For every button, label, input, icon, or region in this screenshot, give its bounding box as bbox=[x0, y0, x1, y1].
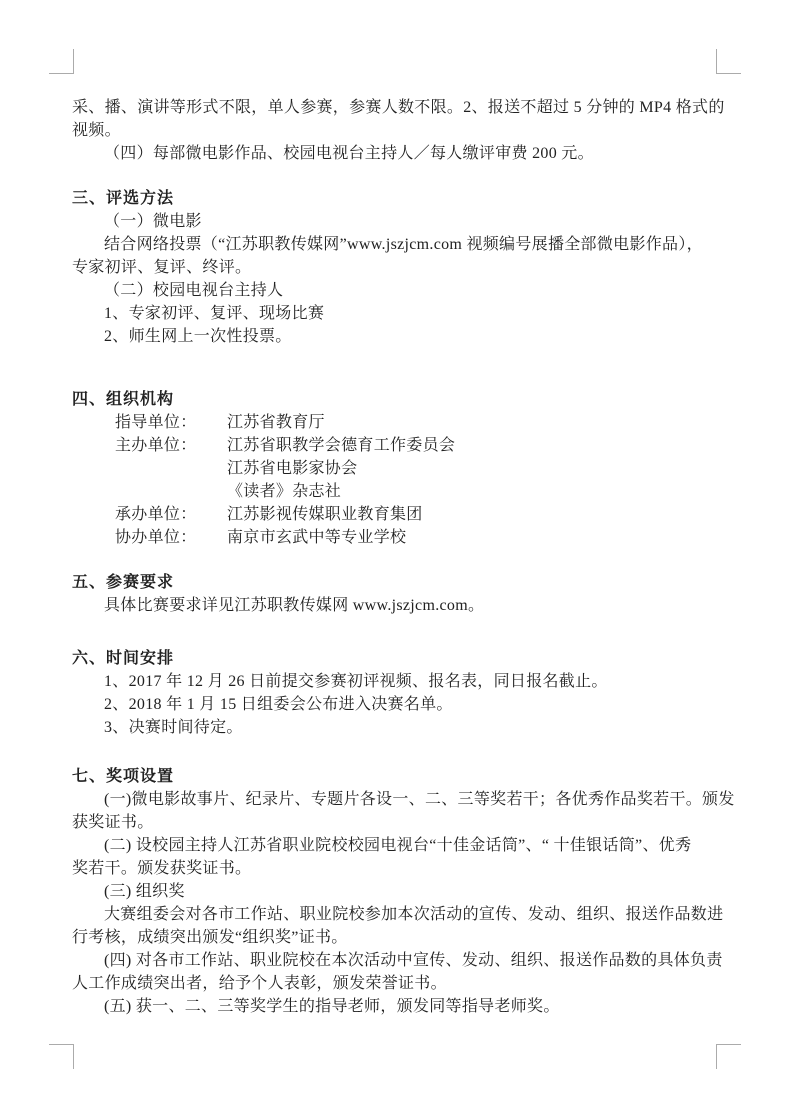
text-line: 大赛组委会对各市工作站、职业院校参加本次活动的宣传、发动、组织、报送作品数进 bbox=[72, 903, 717, 926]
section-heading: 七、奖项设置 bbox=[72, 765, 717, 788]
org-row: 承办单位：江苏影视传媒职业教育集团 bbox=[72, 503, 717, 526]
crop-mark-top-right-icon bbox=[716, 49, 741, 74]
section-heading: 六、时间安排 bbox=[72, 647, 717, 670]
section-spacer bbox=[72, 617, 717, 647]
text-line: 获奖证书。 bbox=[72, 811, 717, 834]
org-value: 江苏省教育厅 bbox=[227, 414, 325, 431]
text-line: 1、2017 年 12 月 26 日前提交参赛初评视频、报名表，同日报名截止。 bbox=[72, 670, 717, 693]
text-line: 具体比赛要求详见江苏职教传媒网 www.jszjcm.com。 bbox=[72, 594, 717, 617]
text-line: 2、2018 年 1 月 15 日组委会公布进入决赛名单。 bbox=[72, 693, 717, 716]
text-line: 江苏省电影家协会 bbox=[72, 457, 717, 480]
text-line: 视频。 bbox=[72, 119, 717, 142]
org-row: 指导单位：江苏省教育厅 bbox=[72, 411, 717, 434]
text-line: (一)微电影故事片、纪录片、专题片各设一、二、三等奖若干；各优秀作品奖若干。颁发 bbox=[72, 788, 717, 811]
section-spacer bbox=[72, 348, 717, 388]
text-line: (五) 获一、二、三等奖学生的指导老师，颁发同等指导老师奖。 bbox=[72, 995, 717, 1018]
org-row: 主办单位：江苏省职教学会德育工作委员会 bbox=[72, 434, 717, 457]
section-spacer bbox=[72, 165, 717, 187]
document-page: 采、播、演讲等形式不限，单人参赛，参赛人数不限。2、报送不超过 5 分钟的 MP… bbox=[0, 0, 789, 1120]
section-heading: 三、评选方法 bbox=[72, 187, 717, 210]
text-line: 《读者》杂志社 bbox=[72, 480, 717, 503]
org-value: 南京市玄武中等专业学校 bbox=[227, 529, 406, 546]
org-value: 江苏省职教学会德育工作委员会 bbox=[227, 437, 455, 454]
crop-mark-top-left-icon bbox=[49, 49, 74, 74]
text-line: （四）每部微电影作品、校园电视台主持人／每人缴评审费 200 元。 bbox=[72, 142, 717, 165]
section-spacer bbox=[72, 739, 717, 765]
text-line: 奖若干。颁发获奖证书。 bbox=[72, 857, 717, 880]
section-heading: 四、组织机构 bbox=[72, 388, 717, 411]
text-line: 1、专家初评、复评、现场比赛 bbox=[72, 302, 717, 325]
crop-mark-bottom-left-icon bbox=[49, 1044, 74, 1069]
text-line: 专家初评、复评、终评。 bbox=[72, 256, 717, 279]
text-line: （一）微电影 bbox=[72, 210, 717, 233]
org-value: 江苏影视传媒职业教育集团 bbox=[227, 506, 423, 523]
text-line: 采、播、演讲等形式不限，单人参赛，参赛人数不限。2、报送不超过 5 分钟的 MP… bbox=[72, 96, 717, 119]
text-line: 行考核，成绩突出颁发“组织奖”证书。 bbox=[72, 926, 717, 949]
section-spacer bbox=[72, 549, 717, 571]
document-content: 采、播、演讲等形式不限，单人参赛，参赛人数不限。2、报送不超过 5 分钟的 MP… bbox=[72, 96, 717, 1018]
section-heading: 五、参赛要求 bbox=[72, 571, 717, 594]
org-row: 协办单位：南京市玄武中等专业学校 bbox=[72, 526, 717, 549]
text-line: (三) 组织奖 bbox=[72, 880, 717, 903]
text-line: (二) 设校园主持人江苏省职业院校校园电视台“十佳金话筒”、“ 十佳银话筒”、优… bbox=[72, 834, 717, 857]
org-label: 主办单位： bbox=[115, 434, 227, 457]
org-label: 承办单位： bbox=[115, 503, 227, 526]
text-line: 2、师生网上一次性投票。 bbox=[72, 325, 717, 348]
text-line: 人工作成绩突出者，给予个人表彰，颁发荣誉证书。 bbox=[72, 972, 717, 995]
org-label: 指导单位： bbox=[115, 411, 227, 434]
text-line: （二）校园电视台主持人 bbox=[72, 279, 717, 302]
text-line: 3、决赛时间待定。 bbox=[72, 716, 717, 739]
text-line: 结合网络投票（“江苏职教传媒网”www.jszjcm.com 视频编号展播全部微… bbox=[72, 233, 717, 256]
text-line: (四) 对各市工作站、职业院校在本次活动中宣传、发动、组织、报送作品数的具体负责 bbox=[72, 949, 717, 972]
org-label: 协办单位： bbox=[115, 526, 227, 549]
crop-mark-bottom-right-icon bbox=[716, 1044, 741, 1069]
